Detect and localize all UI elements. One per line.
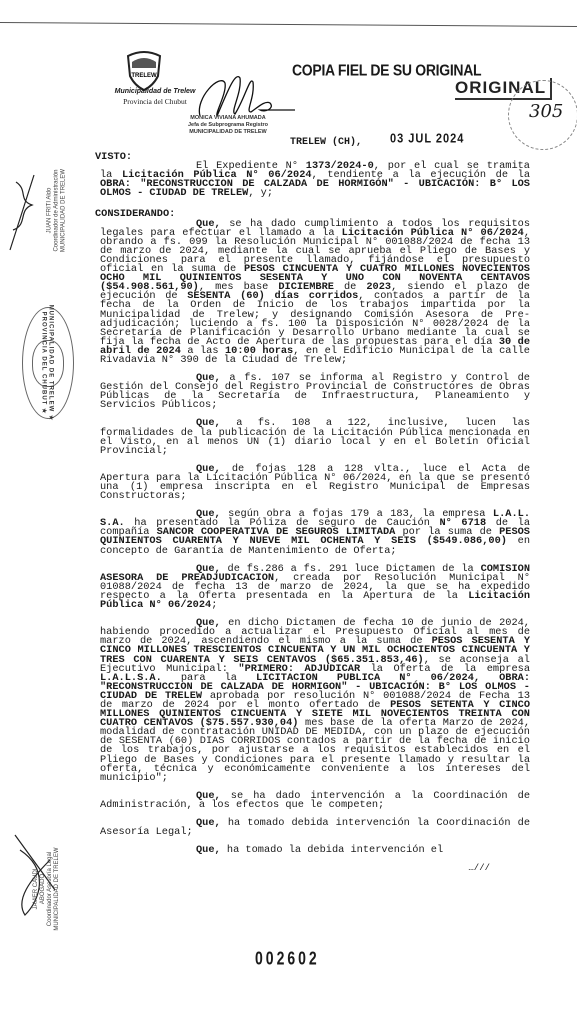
considerando-paragraph: Que, a fs. 107 se informa al Registro y … — [100, 374, 530, 410]
considerando-paragraph: Que, ha tomado la debida intervención el — [100, 846, 530, 855]
place-line: TRELEW (CH), — [290, 137, 362, 148]
municipal-crest-icon: TRELEW — [125, 50, 163, 92]
considerando-paragraph: Que, de fojas 128 a 128 vlta., luce el A… — [100, 465, 530, 501]
resolution-body: VISTO: El Expediente N° 1373/2024-0, por… — [100, 150, 530, 873]
province-name: Provincia del Chubut — [100, 97, 210, 106]
visto-paragraph: El Expediente N° 1373/2024-0, por el cua… — [100, 162, 530, 198]
considerando-list: Que, se ha dado cumplimiento a todos los… — [100, 220, 530, 865]
considerando-paragraph: Que, en dicho Dictamen de fecha 10 de ju… — [100, 619, 530, 783]
considerando-paragraph: Que, a fs. 108 a 122, inclusive, lucen l… — [100, 419, 530, 455]
administration-coordinator-stamp: JUAN FRITI Aldo Coordinador de Administr… — [34, 160, 74, 260]
folio-seal: 305 — [508, 80, 577, 150]
scan-top-edge — [0, 22, 577, 27]
considerando-paragraph: Que, se ha dado cumplimiento a todos los… — [100, 220, 530, 366]
folio-number: 305 — [529, 101, 563, 122]
considerando-paragraph: Que, de fs.286 a fs. 291 luce Dictamen d… — [100, 565, 530, 610]
municipality-name: Municipalidad de Trelew — [100, 88, 210, 95]
document-number: 002602 — [255, 948, 320, 969]
coordinator-signature-icon — [8, 170, 36, 255]
considerando-paragraph: Que, se ha dado intervención a la Coordi… — [100, 792, 530, 810]
signature-mark-icon — [195, 68, 295, 118]
continuation-mark: …/// — [100, 864, 530, 873]
certifying-officer: MONICA VIVIANA AHUMADA Jefa de Subprogra… — [178, 115, 278, 136]
date-stamp: 03 JUL 2024 — [390, 132, 464, 146]
considerando-paragraph: Que, según obra a fojas 179 a 183, la em… — [100, 510, 530, 555]
legal-coordinator-stamp: JAVIER CAUDI ABOGADO Coordinador Asesorí… — [20, 830, 70, 930]
certified-copy-stamp: COPIA FIEL DE SU ORIGINAL — [292, 61, 481, 79]
svg-text:TRELEW: TRELEW — [131, 73, 157, 79]
municipal-seal: MUNICIPALIDAD DE TRELEW ★ PROVINCIA DEL … — [22, 307, 74, 419]
seal-text: MUNICIPALIDAD DE TRELEW ★ PROVINCIA DEL … — [41, 301, 55, 426]
considerando-paragraph: Que, ha tomado debida intervención la Co… — [100, 819, 530, 837]
